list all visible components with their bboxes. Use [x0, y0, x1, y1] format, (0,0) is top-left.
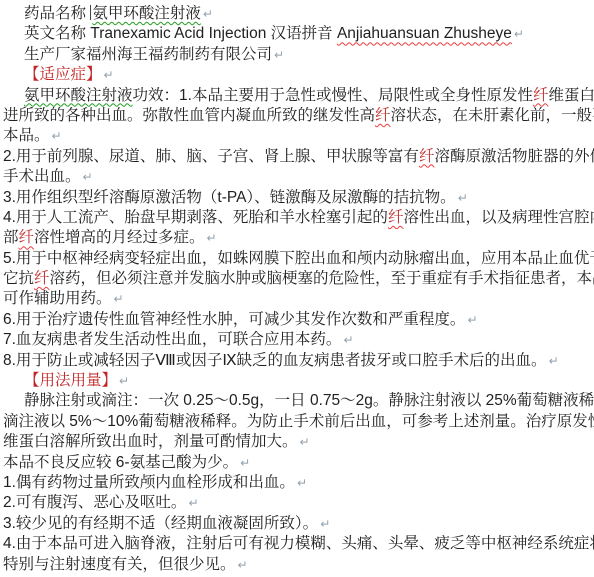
text-line: 本品。↵ [3, 126, 594, 146]
text-segment: 6.用于治疗遗传性血管神经性水肿，可减少其发作次数和严重程度。 [3, 311, 465, 328]
text-segment: 纤 [388, 209, 404, 226]
text-segment: 溶状态，在未肝素化前，一般不用 [391, 107, 594, 124]
text-segment: 生产厂家福州海王福药制药有限公司 [24, 46, 272, 63]
text-segment: 氨甲环酸注射液 [24, 87, 133, 104]
text-segment: 1.偶有药物过量所致颅内血栓形成和出血。 [3, 474, 295, 491]
text-segment: 英文名称 Tranexamic Acid Injection 汉语拼音 [24, 25, 337, 42]
text-line: 进所致的各种出血。弥散性血管内凝血所致的继发性高纤溶状态，在未肝素化前，一般不用 [3, 106, 594, 126]
text-line: 它抗纤溶药，但必须注意并发脑水肿或脑梗塞的危险性，至于重症有手术指征患者，本品仅 [3, 269, 594, 289]
text-segment: 溶性出血，以及病理性宫腔内局 [403, 209, 594, 226]
text-segment: 氨甲环酸注射液 [92, 5, 201, 22]
text-segment: 3.较少见的有经期不适（经期血液凝固所致）。 [3, 515, 318, 532]
text-segment: 4.用于人工流产、胎盘早期剥落、死胎和羊水栓塞引起的 [3, 209, 388, 226]
text-line: 英文名称 Tranexamic Acid Injection 汉语拼音 Anji… [3, 24, 594, 44]
paragraph-mark-icon: ↵ [207, 231, 217, 245]
text-segment: 药品名称 [24, 5, 90, 22]
document-page: 药品名称 氨甲环酸注射液↵英文名称 Tranexamic Acid Inject… [0, 0, 594, 577]
text-segment: 2.可有腹泻、恶心及呕吐。 [3, 494, 186, 511]
text-line: 滴注液以 5%～10%葡萄糖液稀释。为防止手术前后出血，可参考上述剂量。治疗原发… [3, 412, 594, 432]
paragraph-mark-icon: ↵ [203, 7, 213, 21]
text-segment: 可作辅助用药。 [3, 290, 112, 307]
paragraph-mark-icon: ↵ [238, 558, 248, 572]
text-segment: 纤 [19, 229, 35, 246]
text-line: 8.用于防止或减轻因子Ⅷ或因子Ⅸ缺乏的血友病患者拔牙或口腔手术后的出血。↵ [3, 351, 594, 371]
text-line: 维蛋白溶解所致出血时，剂量可酌情加大。↵ [3, 432, 594, 452]
text-segment: 2.用于前列腺、尿道、肺、脑、子宫、肾上腺、甲状腺等富有 [3, 148, 419, 165]
text-line: 特别与注射速度有关，但很少见。↵ [3, 555, 594, 575]
text-segment: 7.血友病患者发生活动性出血，可联合应用本药。 [3, 331, 341, 348]
paragraph-mark-icon: ↵ [458, 191, 468, 205]
text-line: 氨甲环酸注射液功效：1.本品主要用于急性或慢性、局限性或全身性原发性纤维蛋白溶解… [3, 86, 594, 106]
paragraph-mark-icon: ↵ [274, 48, 284, 62]
text-segment: 纤 [419, 148, 435, 165]
text-line: 生产厂家福州海王福药制药有限公司↵ [3, 45, 594, 65]
text-line: 3.较少见的有经期不适（经期血液凝固所致）。↵ [3, 514, 594, 534]
text-segment: Anjiahuansuan Zhusheye [337, 25, 512, 42]
text-segment: 纤 [34, 270, 50, 287]
text-segment: 滴注液以 5%～10%葡萄糖液稀释。为防止手术前后出血，可参考上述剂量。治疗原发… [3, 413, 594, 430]
text-segment: 纤 [533, 87, 549, 104]
paragraph-mark-icon: ↵ [188, 496, 198, 510]
text-line: 1.偶有药物过量所致颅内血栓形成和出血。↵ [3, 473, 594, 493]
text-segment: 手术出血。 [3, 168, 81, 185]
text-segment: 本品不良反应较 6-氨基己酸为少。 [3, 454, 238, 471]
text-line: 2.用于前列腺、尿道、肺、脑、子宫、肾上腺、甲状腺等富有纤溶酶原激活物脏器的外伤… [3, 147, 594, 167]
paragraph-mark-icon: ↵ [104, 68, 114, 82]
text-line: 部纤溶性增高的月经过多症。↵ [3, 228, 594, 248]
section-heading: 【用法用量】 [24, 372, 117, 389]
text-line: 【用法用量】↵ [3, 371, 594, 391]
text-line: 【适应症】↵ [3, 65, 594, 85]
text-line: 4.由于本品可进入脑脊液，注射后可有视力模糊、头痛、头晕、疲乏等中枢神经系统症状… [3, 534, 594, 554]
paragraph-mark-icon: ↵ [549, 354, 559, 368]
text-segment: 溶药，但必须注意并发脑水肿或脑梗塞的危险性，至于重症有手术指征患者，本品仅 [50, 270, 594, 287]
text-segment: 维蛋白溶解亢 [548, 87, 594, 104]
text-line: 药品名称 氨甲环酸注射液↵ [3, 4, 594, 24]
text-segment: 纤 [375, 107, 391, 124]
text-line: 手术出血。↵ [3, 167, 594, 187]
text-segment: 特别与注射速度有关，但很少见。 [3, 556, 236, 573]
text-line: 可作辅助用药。↵ [3, 289, 594, 309]
text-line: 7.血友病患者发生活动性出血，可联合应用本药。↵ [3, 330, 594, 350]
text-segment: 功效：1.本品主要用于急性或慢性、局限性或全身性原发性 [133, 87, 533, 104]
section-heading: 【适应症】 [24, 66, 102, 83]
paragraph-mark-icon: ↵ [240, 456, 250, 470]
text-segment: 4.由于本品可进入脑脊液，注射后可有视力模糊、头痛、头晕、疲乏等中枢神经系统症状… [3, 535, 594, 552]
paragraph-mark-icon: ↵ [297, 476, 307, 490]
paragraph-mark-icon: ↵ [300, 435, 310, 449]
text-segment: 3.用作组织型纤溶酶原激活物（t-PA）、链激酶及尿激酶的拮抗物。 [3, 189, 456, 206]
text-segment: 进所致的各种出血。弥散性血管内凝血所致的继发性高 [3, 107, 375, 124]
paragraph-mark-icon: ↵ [83, 170, 93, 184]
text-segment: 维蛋白溶解所致出血时，剂量可酌情加大。 [3, 433, 298, 450]
text-segment: 静脉注射或滴注：一次 0.25～0.5g，一日 0.75～2g。静脉注射液以 2… [24, 392, 594, 409]
paragraph-mark-icon: ↵ [514, 27, 524, 41]
text-line: 3.用作组织型纤溶酶原激活物（t-PA）、链激酶及尿激酶的拮抗物。↵ [3, 188, 594, 208]
text-segment: 5.用于中枢神经病变轻症出血，如蛛网膜下腔出血和颅内动脉瘤出血，应用本品止血优于… [3, 250, 594, 267]
text-segment: 溶性增高的月经过多症。 [34, 229, 205, 246]
paragraph-mark-icon: ↵ [114, 292, 124, 306]
text-line: 本品不良反应较 6-氨基己酸为少。↵ [3, 453, 594, 473]
text-line: 5.用于中枢神经病变轻症出血，如蛛网膜下腔出血和颅内动脉瘤出血，应用本品止血优于… [3, 249, 594, 269]
text-segment: 溶酶原激活物脏器的外伤或 [434, 148, 594, 165]
paragraph-mark-icon: ↵ [320, 517, 330, 531]
text-line: 6.用于治疗遗传性血管神经性水肿，可减少其发作次数和严重程度。↵ [3, 310, 594, 330]
paragraph-mark-icon: ↵ [52, 129, 62, 143]
text-segment: 本品。 [3, 127, 50, 144]
text-segment: 8.用于防止或减轻因子Ⅷ或因子Ⅸ缺乏的血友病患者拔牙或口腔手术后的出血。 [3, 352, 547, 369]
paragraph-mark-icon: ↵ [119, 374, 129, 388]
text-line: 2.可有腹泻、恶心及呕吐。↵ [3, 493, 594, 513]
text-line: 静脉注射或滴注：一次 0.25～0.5g，一日 0.75～2g。静脉注射液以 2… [3, 391, 594, 411]
text-segment: 部 [3, 229, 19, 246]
paragraph-mark-icon: ↵ [343, 333, 353, 347]
text-segment: 它抗 [3, 270, 34, 287]
paragraph-mark-icon: ↵ [467, 313, 477, 327]
text-line: 4.用于人工流产、胎盘早期剥落、死胎和羊水栓塞引起的纤溶性出血，以及病理性宫腔内… [3, 208, 594, 228]
